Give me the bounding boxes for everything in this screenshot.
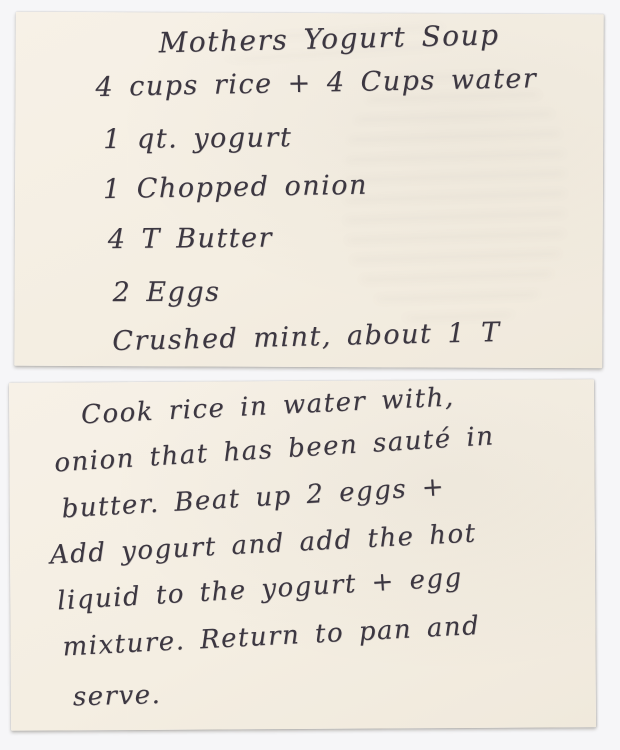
show-through-marks: [344, 63, 565, 324]
instructions-card: Cook rice in water with, onion that has …: [9, 379, 596, 731]
instruction-line: Cook rice in water with,: [80, 382, 455, 430]
recipe-title: Mothers Yogurt Soup: [158, 18, 500, 59]
instruction-line: onion that has been sauté in: [54, 421, 496, 478]
instruction-line: Add yogurt and add the hot: [49, 519, 477, 571]
instruction-line: mixture. Return to pan and: [62, 611, 481, 662]
instruction-line: liquid to the yogurt + egg: [56, 563, 463, 617]
ingredient-line: 2 Eggs: [112, 277, 220, 308]
ingredient-line: 4 T Butter: [108, 223, 273, 256]
ingredient-line: Crushed mint, about 1 T: [112, 317, 501, 357]
instruction-line: serve.: [72, 680, 161, 712]
scanned-recipe-page: { "colors": { "page_background": "#f6f6f…: [0, 0, 620, 750]
instruction-line: butter. Beat up 2 eggs +: [61, 472, 446, 524]
ingredient-line: 1 Chopped onion: [103, 170, 368, 205]
ingredients-card: Mothers Yogurt Soup 4 cups rice + 4 Cups…: [14, 12, 604, 369]
ingredient-line: 1 qt. yogurt: [103, 122, 292, 155]
